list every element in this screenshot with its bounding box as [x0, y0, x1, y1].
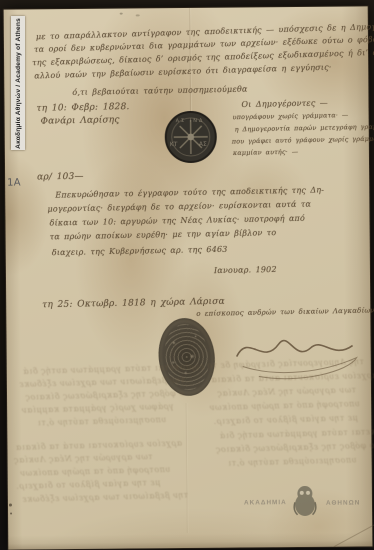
- verso-bleed-line: γράφων χωρίς γράμματα καμμίαν: [21, 402, 174, 415]
- manuscript-page: με το απαράλλακτον αντίγραφον της αποδει…: [4, 6, 373, 549]
- date-line-1818: τη 25: Οκτωβρ. 1818 η χώρα Λάρισα: [42, 297, 225, 311]
- elders-line: που γράφει αυτό γράφουν χωρίς γράμματα μ…: [232, 134, 374, 145]
- elders-heading: Οι Δημογέροντες —: [241, 98, 328, 109]
- binding-speck: [10, 513, 12, 515]
- verso-bleed-line: με την αγίαν βίβλον το διαχειρ.: [213, 413, 358, 426]
- fold-crease-lower: [185, 403, 189, 533]
- round-seal-letters-left: ΚΤ: [170, 141, 178, 148]
- document-number: αρ/ 103—: [37, 172, 84, 183]
- verso-bleed-line: ο φόβος της εξακριβώσεως δίκαιος: [25, 389, 184, 402]
- verso-bleed-line: ο φόβος της εξακριβώσεως δίκαιος: [215, 441, 374, 454]
- date-line-1828: τη 10: Φεβρ: 1828.: [36, 102, 129, 114]
- approval-line: ο επίσκοπος ανδρών των δικαίων Λαγκαδίων: [196, 306, 374, 317]
- verso-bleed-line: την βεβαίωσιν των αρχείων εξέδωκε: [22, 491, 188, 504]
- folio-label: 1Α: [7, 177, 21, 188]
- verso-bleed-line: υποτροφή από τα πρώην αποίκων: [209, 399, 360, 412]
- archive-label-strip: Ακαδημία Αθηνών / Academy of Athens: [11, 16, 25, 150]
- verso-bleed-line: υποσημειούμεθα ταύτην ό,τι: [228, 455, 357, 467]
- archive-label-text: Ακαδημία Αθηνών / Academy of Athens: [15, 18, 22, 149]
- owl-icon: [290, 483, 320, 519]
- binding-speck: [9, 504, 12, 507]
- verso-bleed-line: την βεβαίωσιν των αρχείων εξέδωκε: [19, 376, 185, 389]
- place-line: Φανάρι Λαρίσης: [41, 115, 120, 127]
- elders-line: καμμίαν αυτής· —: [233, 148, 299, 157]
- top-pencil-mark: [120, 13, 123, 15]
- manuscript-closing-line: ό,τι βεβαιούται ταύτην υποσημειούμεθα: [72, 85, 247, 97]
- academy-stamp-right-text: ΑΘΗΝΩΝ: [326, 500, 360, 507]
- verso-bleed-line: των αργυρών της Νέας Λυκίας: [217, 385, 356, 398]
- round-seal-letters-right: ΑΣ: [199, 141, 207, 148]
- elders-line: υπογράφουν χωρίς γράμματα· —: [233, 111, 349, 121]
- top-pencil-mark: [136, 14, 140, 16]
- verso-bleed-line: των αργυρών της Νέας Λυκίας: [13, 452, 152, 465]
- registration-line: Επεκυρώθησαν το έγγραφον τούτο της αποδε…: [55, 185, 324, 199]
- registration-line: δίκαια των 10: αργυρών της Νέας Λυκίας· …: [49, 214, 305, 228]
- verso-bleed-line: υποτροφή από τα πρώην αποίκων: [20, 465, 171, 478]
- academy-stamp: ΑΚΑΔΗΜΙΑ ΑΘΗΝΩΝ: [238, 480, 368, 525]
- elders-line: η Δημογεροντία παρών μετεγράφη γραμμάτων: [235, 122, 374, 133]
- verso-bleed-line: με την αγίαν βίβλον το διαχειρ.: [16, 478, 161, 491]
- verso-bleed-line: υποσημειούμεθα ταύτην ό,τι: [37, 415, 166, 427]
- document-photo: με το απαράλλακτον αντίγραφον της αποδει…: [0, 0, 374, 550]
- registration-line: μογεροντίας· διεγράφη δε το αρχείον· ευρ…: [47, 200, 311, 214]
- registration-line: διαχειρ. της Κυβερνήσεως αρ. της 6463: [52, 245, 228, 257]
- registration-line: τα πρώην αποίκων ευρέθη· με την αγίαν βί…: [50, 228, 277, 241]
- verso-bleed-line: αρχείον ευρίσκονται αυτά τα δίκαια: [15, 439, 182, 452]
- verso-bleed-line: ευρίσκεται ταύτα γραμμάτων αυτής διά: [219, 427, 374, 441]
- round-seal-letters-top: ΑΣ ΙΝΔ: [176, 118, 205, 124]
- registration-year-line: Ιανουαρ. 1902: [214, 265, 277, 275]
- academy-stamp-left-text: ΑΚΑΔΗΜΙΑ: [244, 499, 287, 506]
- oval-ink-stamp: [154, 315, 218, 399]
